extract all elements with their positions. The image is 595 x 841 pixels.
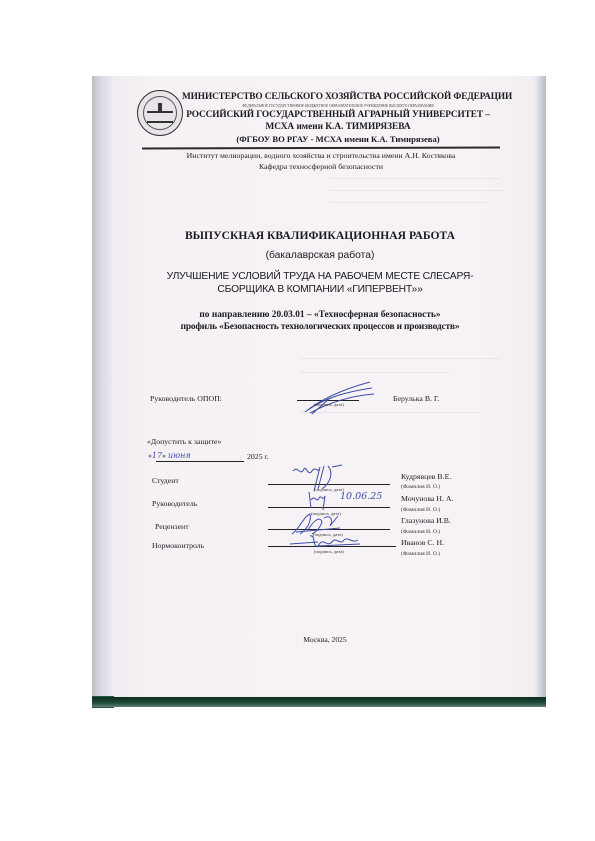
thesis-topic-line2: СБОРЩИКА В КОМПАНИИ «ГИПЕРВЕНТ»»	[130, 284, 510, 295]
bleed-through-line	[330, 190, 505, 191]
signature-fio-caption: (Фамилия И. О.)	[401, 529, 440, 535]
opop-signature-caption: (подпись, дата)	[314, 402, 344, 407]
signature-name: Глазунова И.В.	[401, 516, 451, 525]
bleed-through-line	[330, 178, 500, 179]
thesis-topic-line1: УЛУЧШЕНИЕ УСЛОВИЙ ТРУДА НА РАБОЧЕМ МЕСТЕ…	[130, 271, 510, 282]
date-close-quote: »	[162, 451, 166, 460]
opop-head-name: Берулька В. Г.	[393, 394, 440, 403]
admit-year: 2025 г.	[247, 452, 269, 461]
institution-type: ФЕДЕРАЛЬНОЕ ГОСУДАРСТВЕННОЕ БЮДЖЕТНОЕ ОБ…	[182, 104, 494, 108]
signature-name: Иванов С. Н.	[401, 538, 444, 547]
admit-label: «Допустить к защите»	[147, 437, 221, 446]
signature-role: Рецензент	[155, 522, 189, 531]
admit-date-line	[156, 461, 244, 462]
document-subtitle: (бакалаврская работа)	[130, 250, 510, 261]
ministry-heading: МИНИСТЕРСТВО СЕЛЬСКОГО ХОЗЯЙСТВА РОССИЙС…	[182, 92, 494, 102]
study-profile: профиль «Безопасность технологических пр…	[130, 322, 510, 332]
footer-city-year: Москва, 2025	[250, 635, 400, 644]
signature-role: Студент	[152, 476, 179, 485]
signature-fio-caption: (Фамилия И. О.)	[401, 551, 440, 557]
university-abbreviation: (ФГБОУ ВО РГАУ - МСХА имени К.А. Тимиряз…	[182, 134, 494, 144]
signature-role: Нормоконтроль	[152, 541, 204, 550]
university-name-line2: МСХА имени К.А. ТИМИРЯЗЕВА	[182, 122, 494, 132]
opop-signature-icon	[300, 380, 380, 416]
study-direction: по направлению 20.03.01 – «Техносферная …	[130, 310, 510, 320]
supervisor-handwritten-date: 10.06.25	[340, 491, 382, 502]
university-name: РОССИЙСКИЙ ГОСУДАРСТВЕННЫЙ АГРАРНЫЙ УНИВ…	[182, 110, 494, 120]
signature-name: Мочунова Н. А.	[401, 494, 453, 503]
department-name: Кафедра техносферной безопасности	[142, 162, 500, 171]
bleed-through-line	[300, 372, 450, 373]
institute-name: Институт мелиорации, водного хозяйства и…	[142, 151, 500, 160]
signature-caption: (подпись, дата)	[314, 549, 344, 554]
opop-head-label: Руководитель ОПОП:	[150, 394, 222, 403]
binder-strip	[92, 697, 546, 707]
university-emblem-icon	[137, 90, 183, 136]
admit-date: «17» июня	[148, 451, 191, 460]
bleed-through-line	[300, 358, 500, 359]
signature-name: Кудрявцев В.Е.	[401, 472, 451, 481]
admit-day: 17	[152, 451, 162, 460]
signature-fio-caption: (Фамилия И. О.)	[401, 484, 440, 490]
signature-fio-caption: (Фамилия И. О.)	[401, 507, 440, 513]
supervisor-signature-icon	[305, 488, 335, 512]
document-title: ВЫПУСКНАЯ КВАЛИФИКАЦИОННАЯ РАБОТА	[130, 229, 510, 242]
signature-role: Руководитель	[152, 499, 197, 508]
bleed-through-line	[330, 202, 490, 203]
admit-month: июня	[168, 451, 191, 460]
